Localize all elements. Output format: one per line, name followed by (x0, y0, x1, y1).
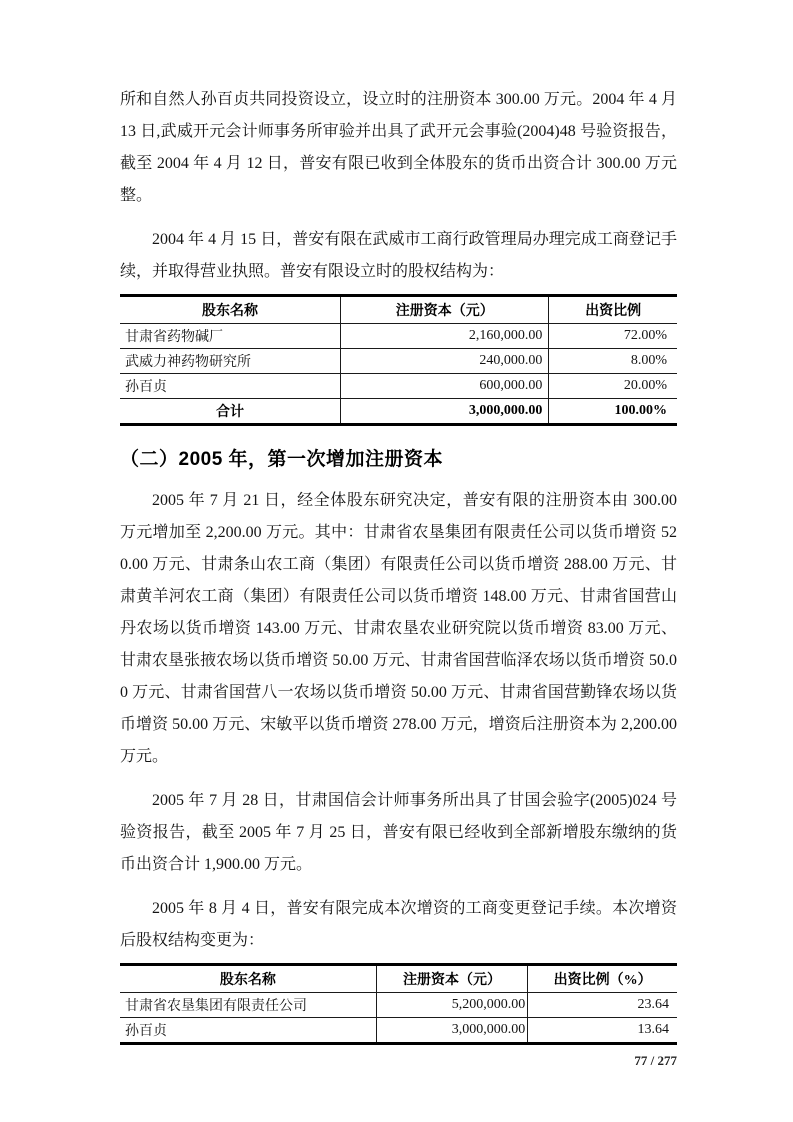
total-label-cell: 合计 (120, 399, 341, 425)
page-number: 77 / 277 (120, 1053, 677, 1069)
table-row: 武威力神药物研究所 240,000.00 8.00% (120, 349, 677, 374)
contribution-ratio-cell: 13.64 (528, 1018, 677, 1044)
shareholder-name-cell: 武威力神药物研究所 (120, 349, 341, 374)
section-heading-first-capital-increase: （二）2005 年，第一次增加注册资本 (120, 446, 677, 473)
table-total-row: 合计 3,000,000.00 100.00% (120, 399, 677, 425)
paragraph-change-registration: 2005 年 8 月 4 日，普安有限完成本次增资的工商变更登记手续。本次增资后… (120, 893, 677, 957)
shareholding-table-at-establishment: 股东名称 注册资本（元） 出资比例 甘肃省药物碱厂 2,160,000.00 7… (120, 294, 677, 426)
column-header-shareholder-name: 股东名称 (120, 296, 341, 324)
table-row: 孙百贞 600,000.00 20.00% (120, 374, 677, 399)
paragraph-business-registration: 2004 年 4 月 15 日，普安有限在武威市工商行政管理局办理完成工商登记手… (120, 224, 677, 288)
shareholder-name-cell: 甘肃省农垦集团有限责任公司 (120, 993, 376, 1018)
table-row: 甘肃省药物碱厂 2,160,000.00 72.00% (120, 324, 677, 349)
table-header-row: 股东名称 注册资本（元） 出资比例（%） (120, 965, 677, 993)
column-header-shareholder-name: 股东名称 (120, 965, 376, 993)
shareholding-table-after-increase: 股东名称 注册资本（元） 出资比例（%） 甘肃省农垦集团有限责任公司 5,200… (120, 963, 677, 1045)
shareholder-name-cell: 孙百贞 (120, 1018, 376, 1044)
paragraph-capital-increase: 2005 年 7 月 21 日，经全体股东研究决定，普安有限的注册资本由 300… (120, 485, 677, 773)
total-ratio-cell: 100.00% (549, 399, 677, 425)
contribution-ratio-cell: 20.00% (549, 374, 677, 399)
table-header-row: 股东名称 注册资本（元） 出资比例 (120, 296, 677, 324)
table-row: 孙百贞 3,000,000.00 13.64 (120, 1018, 677, 1044)
document-content: 所和自然人孙百贞共同投资设立，设立时的注册资本 300.00 万元。2004 年… (120, 84, 677, 1069)
paragraph-establishment-continued: 所和自然人孙百贞共同投资设立，设立时的注册资本 300.00 万元。2004 年… (120, 84, 677, 212)
contribution-ratio-cell: 72.00% (549, 324, 677, 349)
column-header-contribution-ratio-pct: 出资比例（%） (528, 965, 677, 993)
document-page: 所和自然人孙百贞共同投资设立，设立时的注册资本 300.00 万元。2004 年… (0, 0, 793, 1122)
registered-capital-cell: 5,200,000.00 (376, 993, 528, 1018)
registered-capital-cell: 3,000,000.00 (376, 1018, 528, 1044)
registered-capital-cell: 240,000.00 (341, 349, 549, 374)
contribution-ratio-cell: 8.00% (549, 349, 677, 374)
paragraph-capital-verification: 2005 年 7 月 28 日，甘肃国信会计师事务所出具了甘国会验字(2005)… (120, 785, 677, 881)
column-header-registered-capital: 注册资本（元） (341, 296, 549, 324)
registered-capital-cell: 2,160,000.00 (341, 324, 549, 349)
shareholder-name-cell: 甘肃省药物碱厂 (120, 324, 341, 349)
registered-capital-cell: 600,000.00 (341, 374, 549, 399)
contribution-ratio-cell: 23.64 (528, 993, 677, 1018)
column-header-contribution-ratio: 出资比例 (549, 296, 677, 324)
total-capital-cell: 3,000,000.00 (341, 399, 549, 425)
shareholder-name-cell: 孙百贞 (120, 374, 341, 399)
column-header-registered-capital: 注册资本（元） (376, 965, 528, 993)
table-row: 甘肃省农垦集团有限责任公司 5,200,000.00 23.64 (120, 993, 677, 1018)
